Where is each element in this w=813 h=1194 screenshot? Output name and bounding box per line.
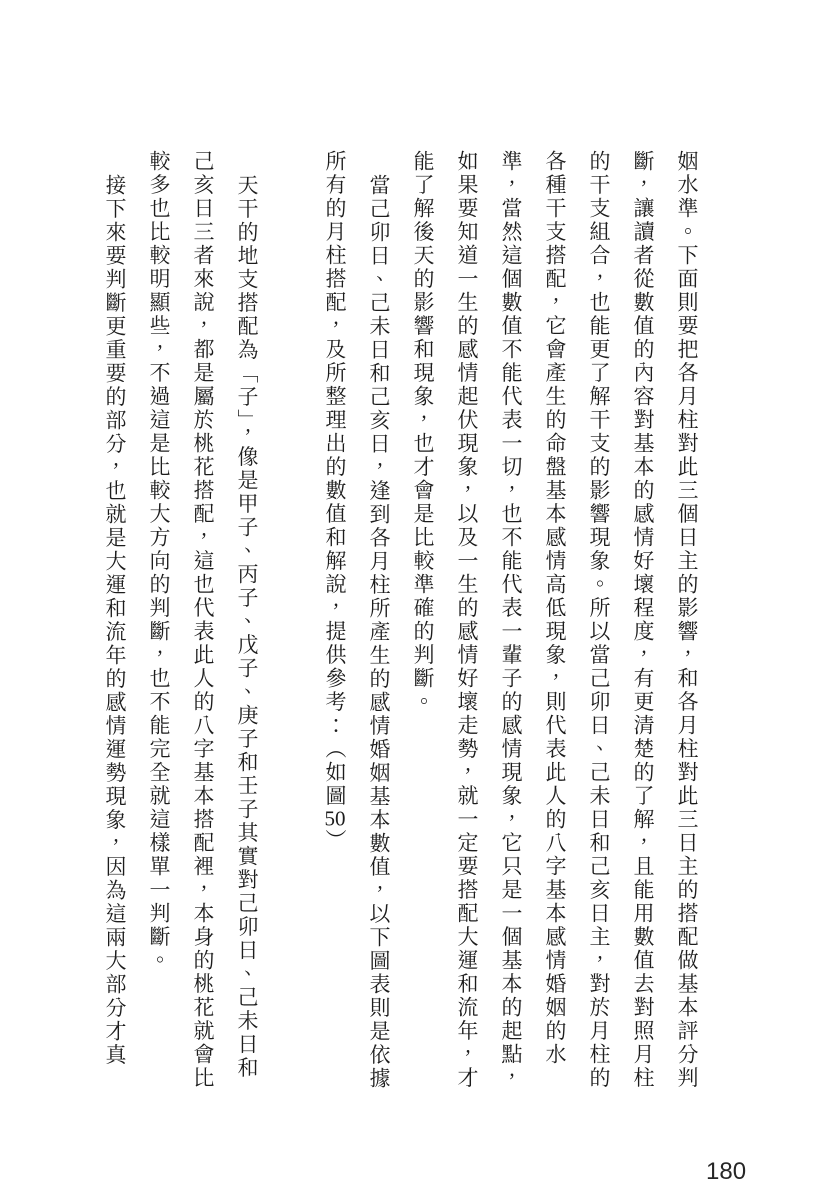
vertical-text-block: 姻水準。下面則要把各月柱對此三個日主的影響，和各月柱對此三日主的搭配做基本評分判…	[91, 150, 709, 1096]
figure-number: 50	[323, 808, 347, 829]
page-number: 180	[706, 1158, 746, 1186]
paragraph: 接下來要判斷更重要的部分，也就是大運和流年的感情運勢現象，因為這兩大部分才真	[93, 150, 137, 1096]
book-page: 姻水準。下面則要把各月柱對此三個日主的影響，和各月柱對此三日主的搭配做基本評分判…	[0, 0, 813, 1194]
paragraph-spacer	[269, 150, 313, 1096]
paragraph: 姻水準。下面則要把各月柱對此三個日主的影響，和各月柱對此三日主的搭配做基本評分判…	[401, 150, 709, 1096]
paragraph: 當己卯日、己未日和己亥日，逢到各月柱所產生的感情婚姻基本數值，以下圖表則是依據所…	[313, 150, 401, 1096]
paragraph: 天干的地支搭配為「子」，像是甲子、丙子、戊子、庚子和壬子其實對己卯日、己未日和己…	[137, 150, 269, 1096]
